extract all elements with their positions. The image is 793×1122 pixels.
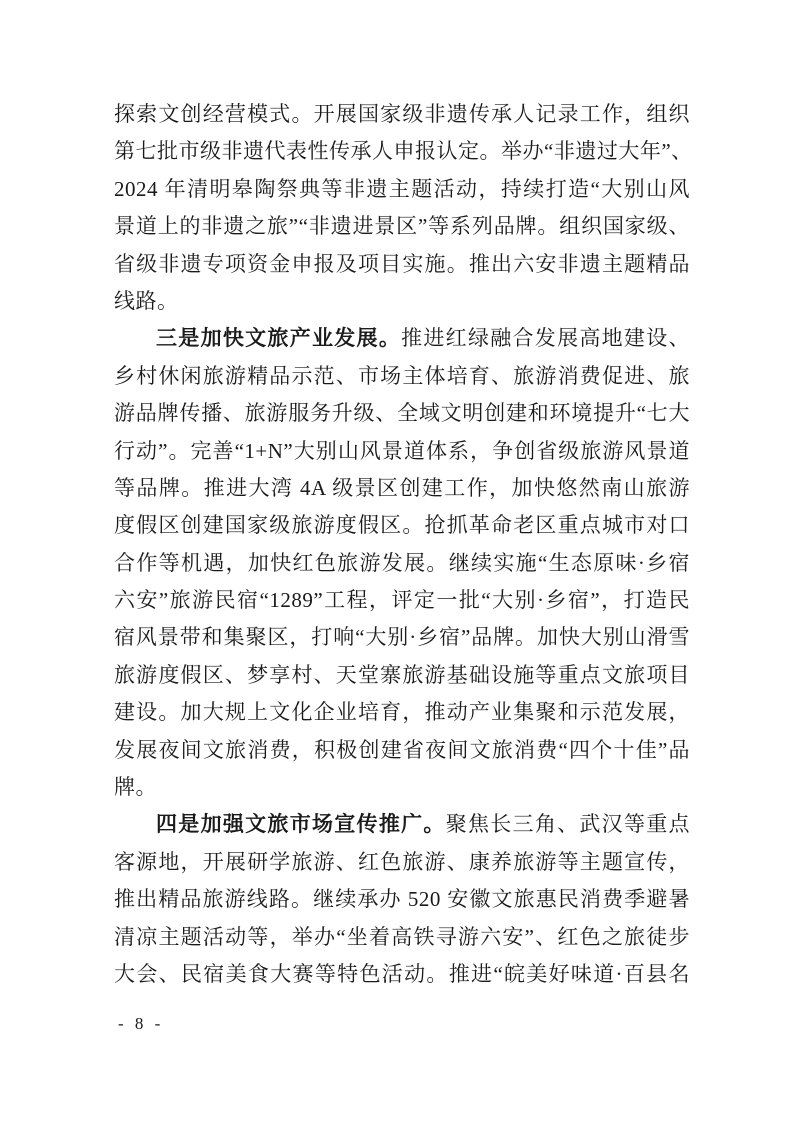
text-line: 度假区创建国家级旅游度假区。抢抓革命老区重点城市对口 [114,507,690,544]
text-line: 等品牌。推进大湾 4A 级景区创建工作，加快悠然南山旅游 [114,470,690,507]
paragraph-start-line: 三是加快文旅产业发展。推进红绿融合发展高地建设、 [114,320,690,357]
document-body: 探索文创经营模式。开展国家级非遗传承人记录工作，组织 第七批市级非遗代表性传承人… [114,96,690,993]
section-heading-bold: 三是加快文旅产业发展。 [156,326,401,350]
text-line: 合作等机遇，加快红色旅游发展。继续实施“生态原味·乡宿 [114,545,690,582]
text-line-rest: 聚焦长三角、武汉等重点 [446,812,690,836]
text-line: 行动”。完善“1+N”大别山风景道体系，争创省级旅游风景道 [114,433,690,470]
paragraph-start-line: 四是加强文旅市场宣传推广。聚焦长三角、武汉等重点 [114,806,690,843]
text-line: 探索文创经营模式。开展国家级非遗传承人记录工作，组织 [114,96,690,133]
document-page: 探索文创经营模式。开展国家级非遗传承人记录工作，组织 第七批市级非遗代表性传承人… [0,0,793,1122]
text-line: 乡村休闲旅游精品示范、市场主体培育、旅游消费促进、旅 [114,358,690,395]
text-line: 清凉主题活动等，举办“坐着高铁寻游六安”、红色之旅徒步 [114,919,690,956]
paragraph-end-line: 牌。 [114,769,690,806]
text-line: 六安”旅游民宿“1289”工程，评定一批“大别·乡宿”，打造民 [114,582,690,619]
text-line: 建设。加大规上文化企业培育，推动产业集聚和示范发展， [114,694,690,731]
text-line: 推出精品旅游线路。继续承办 520 安徽文旅惠民消费季避暑 [114,881,690,918]
text-line: 2024 年清明皋陶祭典等非遗主题活动，持续打造“大别山风 [114,171,690,208]
text-line: 旅游度假区、梦享村、天堂寨旅游基础设施等重点文旅项目 [114,657,690,694]
text-line: 游品牌传播、旅游服务升级、全域文明创建和环境提升“七大 [114,395,690,432]
text-line: 宿风景带和集聚区，打响“大别·乡宿”品牌。加快大别山滑雪 [114,619,690,656]
page-number: - 8 - [118,1012,161,1036]
text-line: 景道上的非遗之旅”“非遗进景区”等系列品牌。组织国家级、 [114,208,690,245]
text-line-rest: 推进红绿融合发展高地建设、 [401,326,690,350]
text-line: 大会、民宿美食大赛等特色活动。推进“皖美好味道·百县名 [114,956,690,993]
text-line: 第七批市级非遗代表性传承人申报认定。举办“非遗过大年”、 [114,133,690,170]
section-heading-bold: 四是加强文旅市场宣传推广。 [156,812,446,836]
text-line: 客源地，开展研学旅游、红色旅游、康养旅游等主题宣传， [114,844,690,881]
paragraph-end-line: 线路。 [114,283,690,320]
text-line: 省级非遗专项资金申报及项目实施。推出六安非遗主题精品 [114,246,690,283]
text-line: 发展夜间文旅消费，积极创建省夜间文旅消费“四个十佳”品 [114,732,690,769]
